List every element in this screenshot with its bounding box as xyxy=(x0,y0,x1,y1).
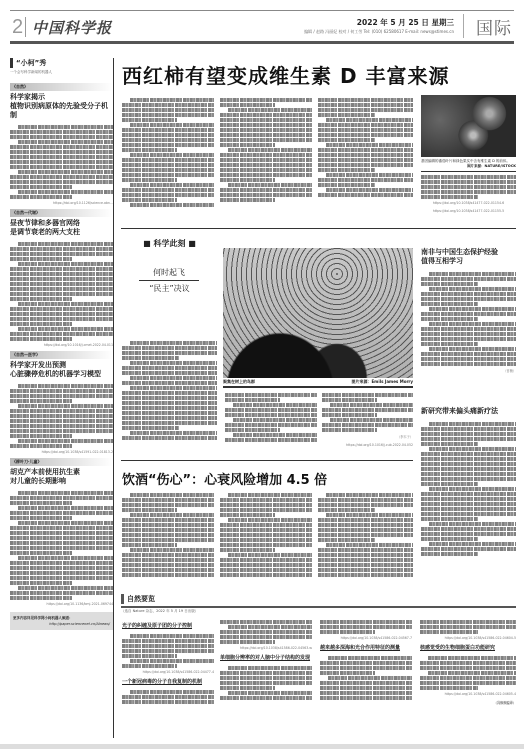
science-moment-box: ■ 科学此刻 ■ 何时起飞 “民主”决议 xyxy=(121,238,218,294)
digest-item-title: 光子的纠缠及原子团的分子控制 xyxy=(122,622,214,629)
digest-item-title: 一个新冠病毒的分子自我复制的机制 xyxy=(122,678,214,685)
doi-link[interactable]: https://doi.org/10.1038/s41477-022-01154… xyxy=(421,201,516,205)
story-headline: 新研究带来偏头痛新疗法 xyxy=(421,407,516,416)
moment-label: ■ 科学此刻 ■ xyxy=(121,238,218,249)
tomato-photo xyxy=(421,95,516,157)
digest-item-title: 越来越多深海和光合作用特征的测量 xyxy=(320,644,412,651)
story-headline: 南非与中国生态保护经验值得互相学习 xyxy=(421,248,516,266)
brief-article: 《自然》 科学家揭示植物识别病原体的先验受分子机制 https://doi.or… xyxy=(10,83,113,205)
page-number: 2 xyxy=(12,15,23,39)
article-headline: 科学家揭示植物识别病原体的先验受分子机制 xyxy=(10,93,113,120)
doi-link[interactable]: https://doi.org/10.1038/s41477-022-01155… xyxy=(421,209,516,213)
moment-headline-2: “民主”决议 xyxy=(121,283,218,294)
lead-text-col-2 xyxy=(220,97,312,203)
digest-col-3: https://doi.org/10.1038/s41586-022-04567… xyxy=(320,619,412,701)
lead-photo-caption: 基因编辑的番茄叶片和绿色果实中含有维生素 D 的前体。 图片来源：NATURE/… xyxy=(421,159,516,217)
footer-url[interactable]: http://paper.sciencenet.cn/AInews/ xyxy=(13,621,110,627)
doi-link[interactable]: https://doi.org/10.1136/bmj-2021-069744 xyxy=(10,602,113,606)
lead-text-col-1 xyxy=(122,97,214,208)
doi-link[interactable]: https://doi.org/10.1038/s41586-022-04604… xyxy=(420,636,516,640)
moment-headline-1: 何时起飞 xyxy=(139,267,199,281)
birds-tree-photo xyxy=(223,248,413,378)
divider xyxy=(223,386,413,388)
second-text-col-3 xyxy=(318,492,413,578)
lead-text-col-3 xyxy=(318,97,413,198)
moment-text-col-1 xyxy=(122,340,217,441)
page-footer-band xyxy=(0,744,524,749)
journal-tag: 《自然—医学》 xyxy=(10,351,113,359)
lead-headline: 西红柿有望变成维生素 D 丰富来源 xyxy=(122,60,450,89)
doi-link[interactable]: https://doi.org/10.1038/s41591-022-01813… xyxy=(10,450,113,454)
digest-item-title: 核感觉受的生物细胞蛋白功能研究 xyxy=(420,644,516,651)
editor-info: 编辑 / 赵路 冯丽妃 校对 / 何工劳 Tel: (010) 62580617… xyxy=(304,29,454,35)
brief-article: 《自然—代谢》 昼夜节律和多器官网络是调节衰老的两大支柱 https://doi… xyxy=(10,209,113,347)
doi-link[interactable]: https://doi.org/10.1016/j.cub.2022.04.05… xyxy=(322,443,413,447)
moment-text-col-2 xyxy=(225,392,317,443)
doi-link[interactable]: https://doi.org/10.1038/s41586-022-04605… xyxy=(420,692,516,696)
article-headline: 昼夜节律和多器官网络是调节衰老的两大支柱 xyxy=(10,219,113,237)
doi-link[interactable]: https://doi.org/10.1038/s41586-022-04477… xyxy=(122,670,214,674)
newspaper-page: 2 中国科学报 2022 年 5 月 25 日 星期三 编辑 / 赵路 冯丽妃 … xyxy=(0,0,524,749)
digest-item-title: 单细胞分辨率的对人脑中分子结构的发现 xyxy=(220,654,312,661)
divider xyxy=(121,228,516,229)
column-subnote: 一个会写科学新闻的机器人 xyxy=(10,70,113,75)
second-headline: 饮酒“伤心”：心衰风险增加 4.5 倍 xyxy=(122,469,327,488)
left-column: “小柯”秀 一个会写科学新闻的机器人 《自然》 科学家揭示植物识别病原体的先验受… xyxy=(10,58,114,738)
doi-link[interactable]: https://doi.org/10.1038/s41586-022-04567… xyxy=(320,636,412,640)
brief-article: 《柳叶刀·儿童》 胡克产本前使用抗生素对儿童的长期影响 https://doi.… xyxy=(10,458,113,606)
doi-link[interactable]: https://doi.org/10.1016/j.cmet.2022.04.0… xyxy=(10,343,113,347)
section-title: 国际 xyxy=(476,14,512,39)
nature-digest-header: 自然要览 （选自 Nature 杂志，2022 年 5 月 19 日出版） xyxy=(121,594,516,614)
journal-tag: 《自然—代谢》 xyxy=(10,209,113,217)
brief-article: 《自然—医学》 科学家开发出预测心脏骤停危机的机器学习模型 https://do… xyxy=(10,351,113,454)
journal-tag: 《自然》 xyxy=(10,83,113,91)
doi-link[interactable]: https://doi.org/10.1038/s41586-022-04563… xyxy=(220,646,312,650)
footer-note-box: 更多内容详见科学网小柯机器人频道： http://paper.sciencene… xyxy=(10,612,113,630)
divider xyxy=(121,460,413,461)
article-headline: 胡克产本前使用抗生素对儿童的长期影响 xyxy=(10,468,113,486)
paper-logo: 中国科学报 xyxy=(32,17,112,38)
issue-date: 2022 年 5 月 25 日 星期三 xyxy=(357,17,454,28)
digest-col-2: https://doi.org/10.1038/s41586-022-04563… xyxy=(220,619,312,701)
doi-link[interactable]: https://doi.org/10.1126/science.abn... xyxy=(10,201,113,205)
right-story-1: 南非与中国生态保护经验值得互相学习 （晋楠） xyxy=(421,248,516,377)
moment-text-col-3: （李木子） https://doi.org/10.1016/j.cub.2022… xyxy=(322,392,413,451)
divider xyxy=(463,14,464,38)
divider xyxy=(25,17,26,37)
second-text-col-2 xyxy=(220,492,312,578)
digest-col-1: 光子的纠缠及原子团的分子控制 https://doi.org/10.1038/s… xyxy=(122,619,214,705)
second-text-col-1 xyxy=(122,492,214,578)
moment-signature: （李木子） xyxy=(322,434,413,439)
right-story-2: 新研究带来偏头痛新疗法 xyxy=(421,407,516,557)
column-header: “小柯”秀 xyxy=(10,58,113,68)
digest-col-4: https://doi.org/10.1038/s41586-022-04604… xyxy=(420,619,516,709)
journal-tag: 《柳叶刀·儿童》 xyxy=(10,458,113,466)
masthead: 2 中国科学报 2022 年 5 月 25 日 星期三 编辑 / 赵路 冯丽妃 … xyxy=(10,10,514,44)
article-headline: 科学家开发出预测心脏骤停危机的机器学习模型 xyxy=(10,361,113,379)
moment-photo-caption: 聚集在树上的鸟群图片来源：Emils James Morry xyxy=(223,379,413,385)
